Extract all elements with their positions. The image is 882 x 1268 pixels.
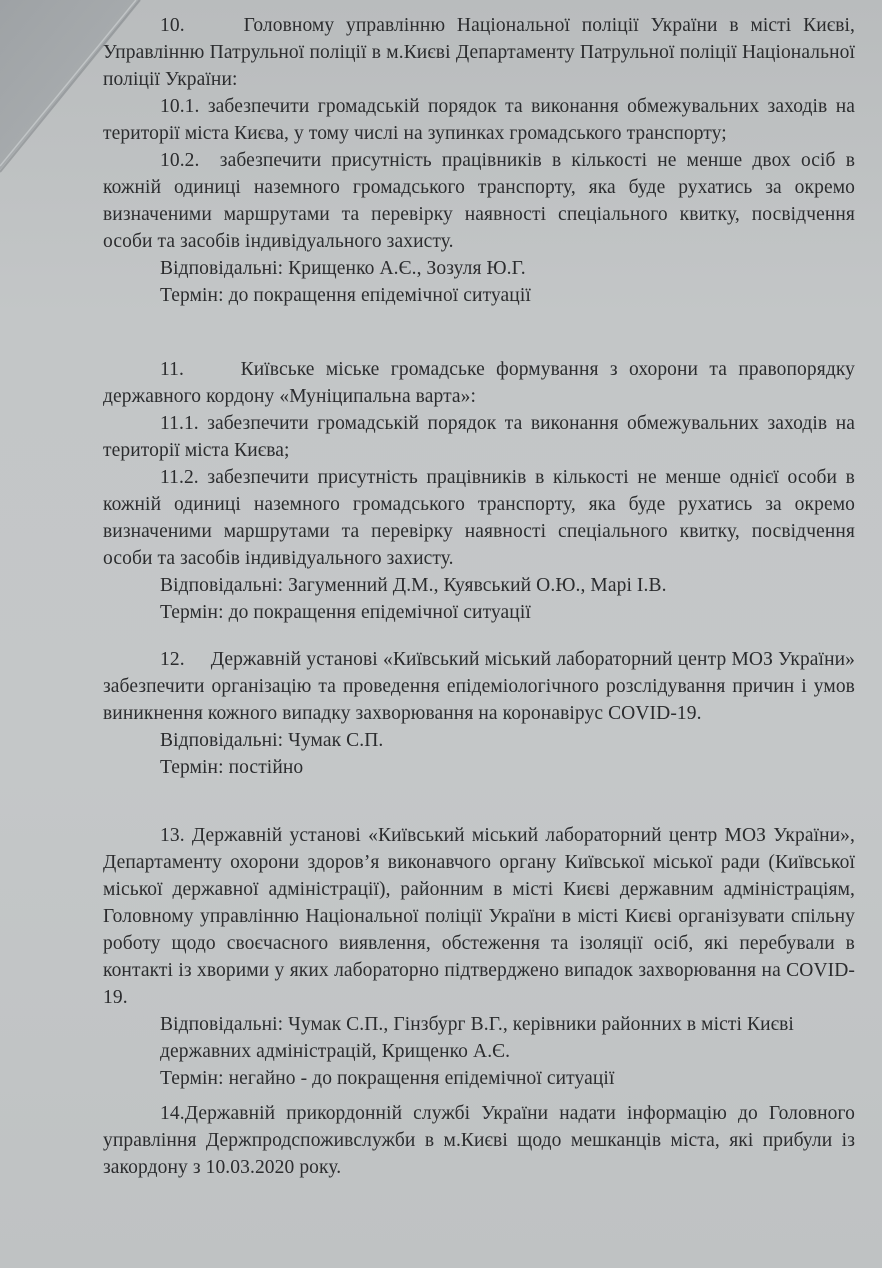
section-14: 14.Державній прикордонній службі України… bbox=[103, 1100, 855, 1181]
term-13: Термін: негайно - до покращення епідеміч… bbox=[103, 1065, 855, 1092]
subitem-10-2: 10.2. забезпечити присутність працівникі… bbox=[103, 147, 855, 255]
section-number: 11. bbox=[160, 359, 184, 380]
responsible-10: Відповідальні: Крищенко А.Є., Зозуля Ю.Г… bbox=[103, 255, 855, 282]
section-11: 11. Київське міське громадське формуванн… bbox=[103, 356, 855, 626]
section-13-text: 13. Державній установі «Київський міськи… bbox=[103, 822, 855, 1011]
subitem-11-2: 11.2. забезпечити присутність працівникі… bbox=[103, 464, 855, 572]
term-12: Термін: постійно bbox=[103, 754, 855, 781]
section-number: 13. bbox=[160, 825, 185, 846]
section-13: 13. Державній установі «Київський міськи… bbox=[103, 822, 855, 1092]
section-10: 10. Головному управлінню Національної по… bbox=[103, 12, 855, 309]
section-number: 14. bbox=[160, 1103, 185, 1124]
section-number: 10. bbox=[160, 15, 185, 36]
subitem-10-1: 10.1. забезпечити громадській порядок та… bbox=[103, 93, 855, 147]
section-10-text: 10. Головному управлінню Національної по… bbox=[103, 12, 855, 93]
responsible-13: Відповідальні: Чумак С.П., Гінзбург В.Г.… bbox=[103, 1011, 820, 1065]
section-12-text: 12. Державній установі «Київський міськи… bbox=[103, 646, 855, 727]
term-10: Термін: до покращення епідемічної ситуац… bbox=[103, 282, 855, 309]
subitem-11-1: 11.1. забезпечити громадській порядок та… bbox=[103, 410, 855, 464]
section-number: 12. bbox=[160, 649, 185, 670]
document-page: 10. Головному управлінню Національної по… bbox=[0, 0, 882, 1268]
section-12: 12. Державній установі «Київський міськи… bbox=[103, 646, 855, 781]
section-14-text: 14.Державній прикордонній службі України… bbox=[103, 1100, 855, 1181]
term-11: Термін: до покращення епідемічної ситуац… bbox=[103, 599, 855, 626]
section-11-text: 11. Київське міське громадське формуванн… bbox=[103, 356, 855, 410]
responsible-12: Відповідальні: Чумак С.П. bbox=[103, 727, 855, 754]
responsible-11: Відповідальні: Загуменний Д.М., Куявськи… bbox=[103, 572, 855, 599]
